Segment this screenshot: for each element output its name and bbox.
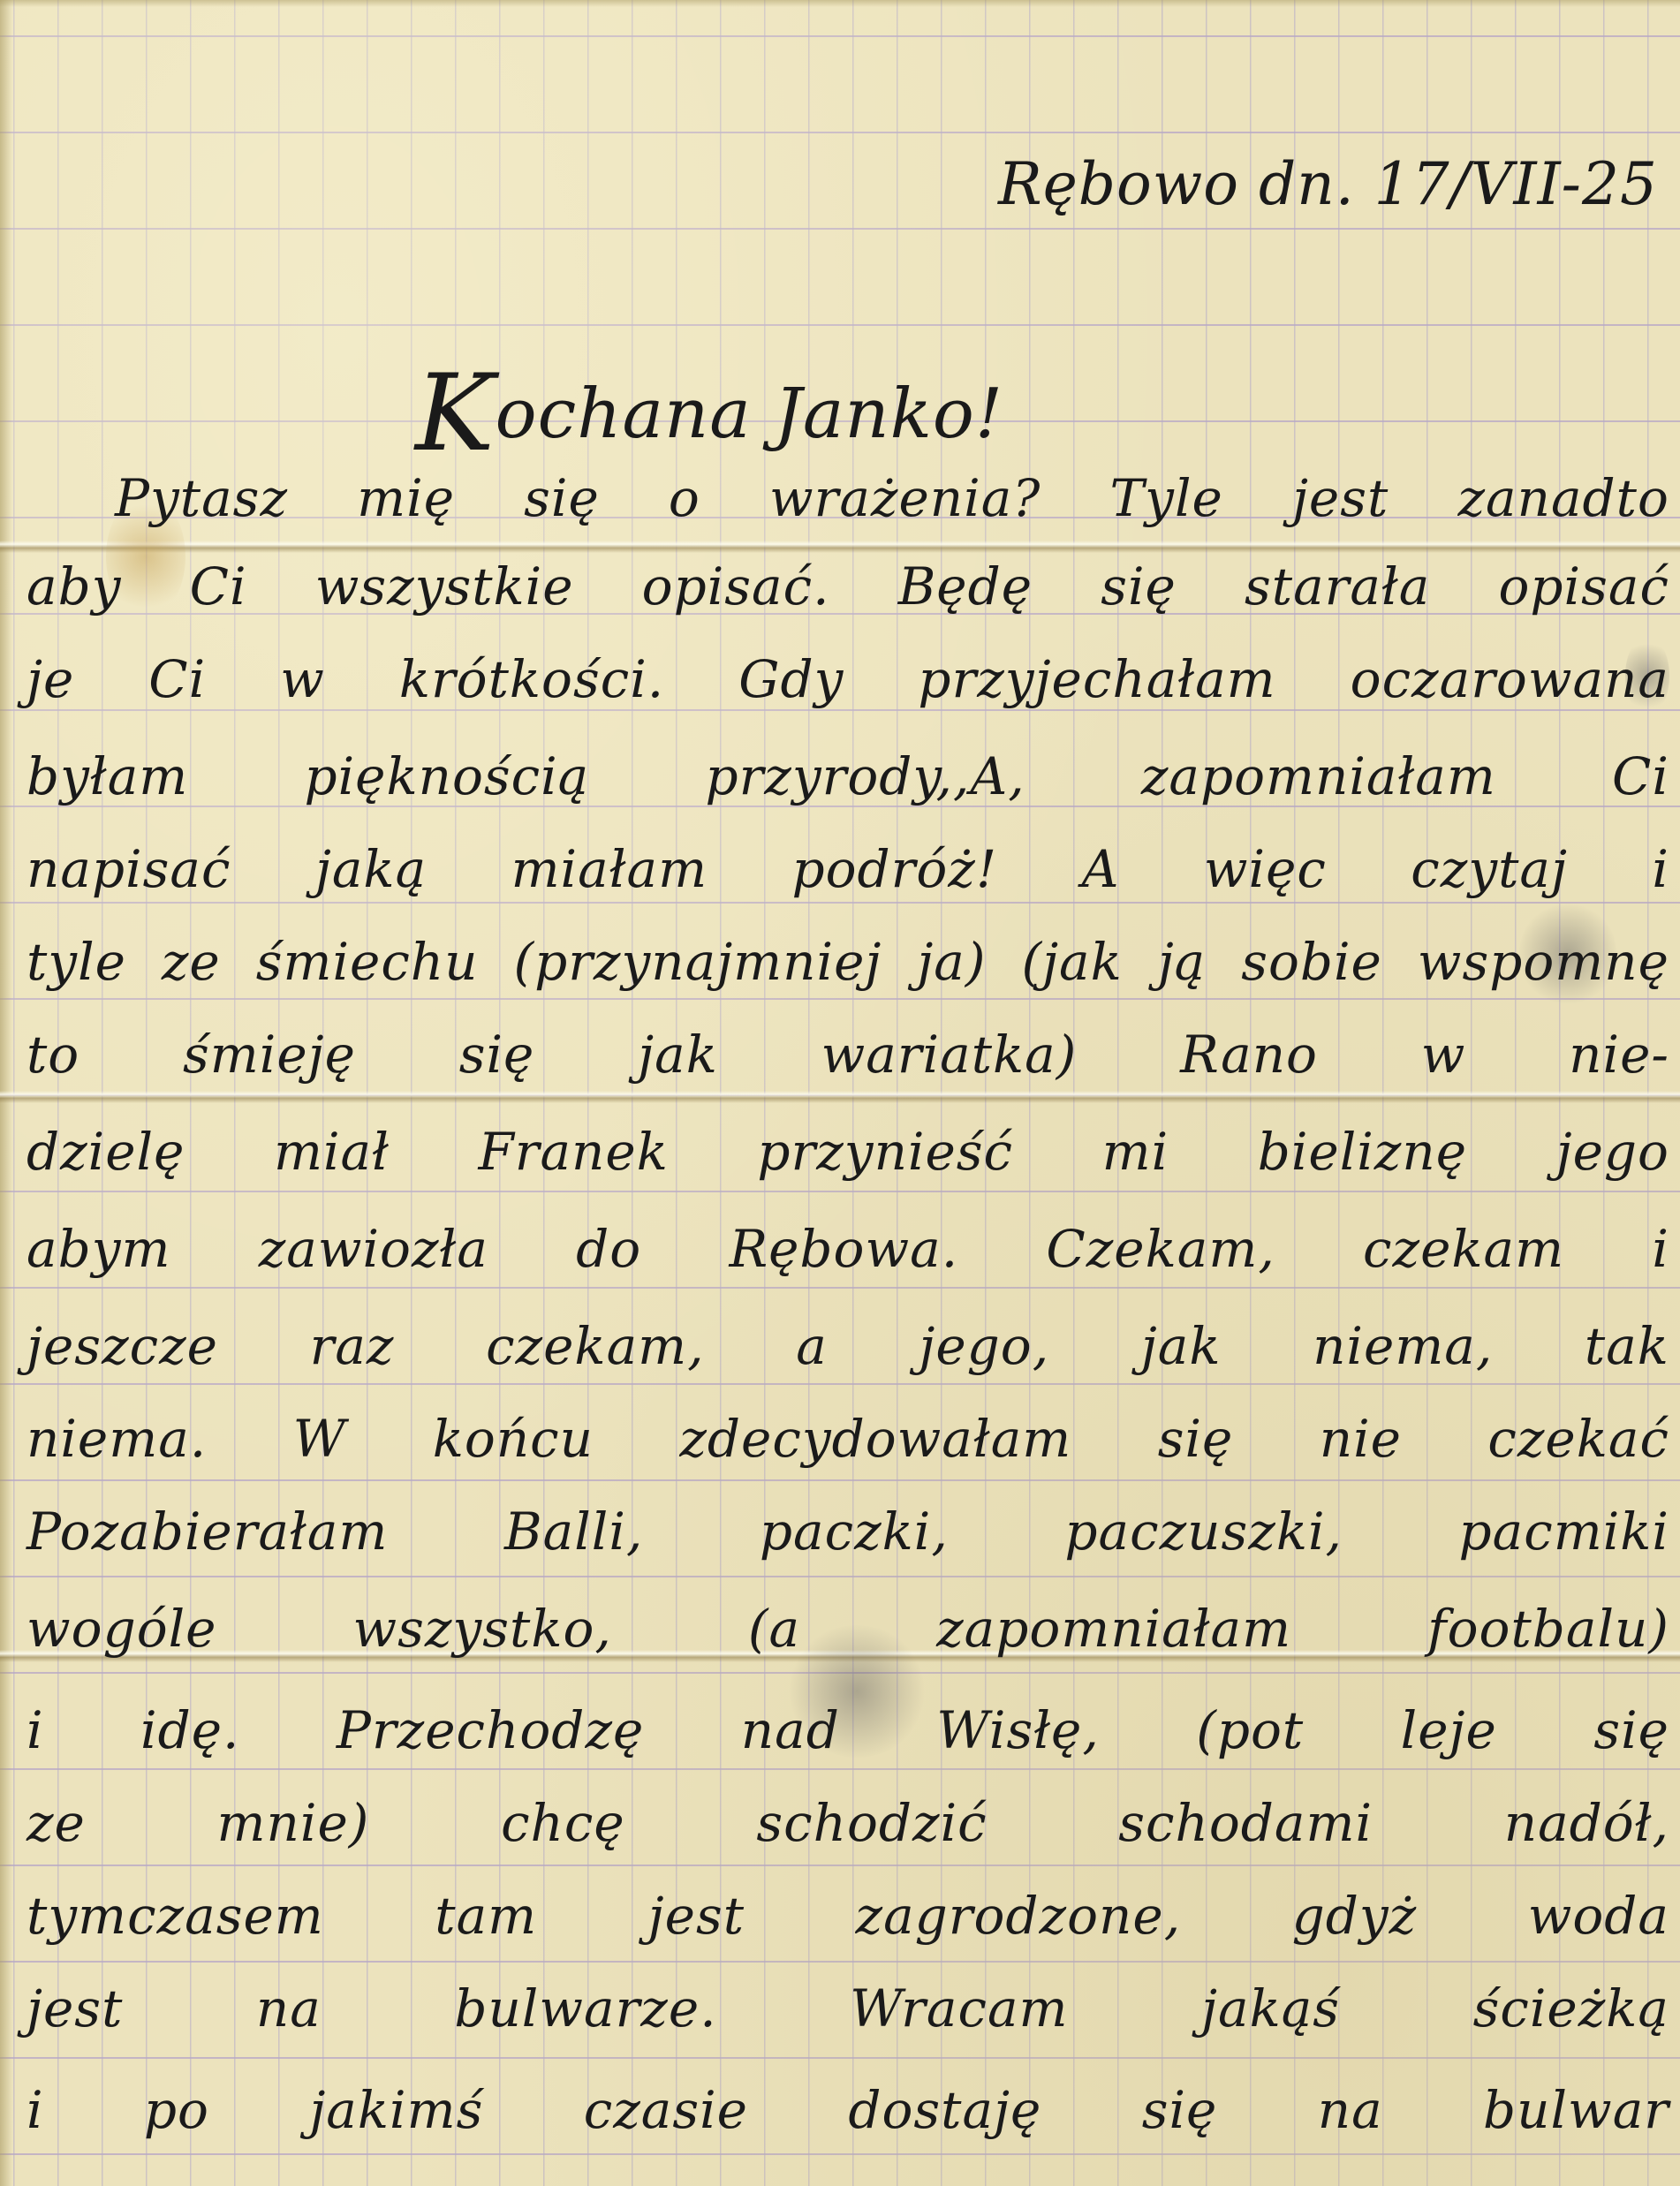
letter-line: zemnie)chcęschodzićschodaminadół, xyxy=(26,1793,1669,1853)
letter-line: dzielęmiałFranekprzynieśćmibieliznęjego xyxy=(26,1122,1669,1182)
letter-word: Przechodzę xyxy=(337,1700,644,1760)
letter-word: się xyxy=(1158,1409,1234,1469)
letter-word: Pozabierałam xyxy=(26,1501,388,1562)
letter-word: krótkości. xyxy=(399,649,664,709)
letter-word: podróż! xyxy=(791,839,997,899)
letter-line: tyleześmiechu(przynajmniejja)(jakjąsobie… xyxy=(26,932,1669,992)
letter-word: (a xyxy=(748,1599,800,1659)
letter-word: opisać xyxy=(1499,556,1669,616)
letter-word: mię xyxy=(357,468,455,528)
letter-line: iidę.PrzechodzęnadWisłę,(potlejesię xyxy=(26,1700,1669,1760)
letter-line: niema.Wkońcuzdecydowałamsięnieczekać xyxy=(26,1409,1669,1469)
letter-word: się xyxy=(459,1025,535,1085)
letter-line: byłampięknościąprzyrody,,A,zapomniałamCi xyxy=(26,746,1669,806)
letter-word: starała xyxy=(1245,556,1430,616)
letter-word: jego xyxy=(1556,1122,1669,1182)
letter-word: mi xyxy=(1102,1122,1169,1182)
letter-word: zagrodzone, xyxy=(856,1886,1182,1946)
letter-word: Franek xyxy=(478,1122,668,1182)
letter-word: przynieść xyxy=(757,1122,1013,1182)
paper-edge-top xyxy=(0,0,1680,7)
letter-line: ipojakimśczasiedostajęsięnabulwar xyxy=(26,2080,1669,2140)
letter-word: sobie xyxy=(1241,932,1382,992)
letter-word: śmiechu xyxy=(256,932,479,992)
letter-word: jakąś xyxy=(1201,1978,1340,2039)
letter-word: ze xyxy=(162,932,221,992)
fold-crease xyxy=(0,541,1680,553)
letter-word: jest xyxy=(26,1978,123,2039)
letter-word: jest xyxy=(1292,468,1389,528)
letter-word: abym xyxy=(26,1219,170,1279)
letter-word: A xyxy=(1082,839,1120,899)
letter-word: jak xyxy=(1141,1316,1222,1376)
letter-word: wszystkie xyxy=(315,556,574,616)
letter-word: ze xyxy=(26,1793,86,1853)
letter-word: leje xyxy=(1401,1700,1497,1760)
letter-word: się xyxy=(1142,2080,1218,2140)
letter-word: na xyxy=(1318,2080,1383,2140)
letter-line: abymzawiozładoRębowa.Czekam,czekami xyxy=(26,1219,1669,1279)
letter-line: tośmiejęsięjakwariatka)Ranownie- xyxy=(26,1025,1669,1085)
greeting-initial: K xyxy=(415,352,496,475)
letter-word: dzielę xyxy=(26,1122,185,1182)
letter-line: tymczasemtamjestzagrodzone,gdyżwoda xyxy=(26,1886,1669,1946)
letter-word: czekać xyxy=(1487,1409,1669,1469)
letter-line: jeszczerazczekam,ajego,jakniema,tak xyxy=(26,1316,1669,1376)
letter-word: (jak xyxy=(1021,932,1122,992)
letter-word: byłam xyxy=(26,746,188,806)
letter-word: niema. xyxy=(26,1409,207,1469)
letter-line: jeCiwkrótkości.Gdyprzyjechałamoczarowana xyxy=(26,649,1669,709)
letter-word: końcu xyxy=(433,1409,594,1469)
letter-word: schodami xyxy=(1118,1793,1373,1853)
letter-word: czasie xyxy=(584,2080,748,2140)
letter-word: Ci xyxy=(148,649,206,709)
letter-word: więc xyxy=(1204,839,1327,899)
place-date: Rębowo dn. 17/VII-25 r. xyxy=(998,150,1680,218)
letter-word: napisać xyxy=(26,839,231,899)
letter-line: wogólewszystko,(azapomniałamfootbalu) xyxy=(26,1599,1669,1659)
letter-word: o xyxy=(669,468,700,528)
letter-word: czekam xyxy=(1363,1219,1564,1279)
letter-word: w xyxy=(280,649,325,709)
letter-line: napisaćjakąmiałampodróż!Awięcczytaji xyxy=(26,839,1669,899)
letter-word: pięknością xyxy=(304,746,589,806)
letter-word: (pot xyxy=(1196,1700,1304,1760)
letter-word: śmieję xyxy=(183,1025,356,1085)
letter-word: chcę xyxy=(501,1793,625,1853)
letter-word: gdyż xyxy=(1292,1886,1418,1946)
letter-word: idę. xyxy=(140,1700,239,1760)
letter-word: po xyxy=(144,2080,209,2140)
letter-word: to xyxy=(26,1025,79,1085)
letter-word: tymczasem xyxy=(26,1886,324,1946)
letter-word: jego, xyxy=(919,1316,1049,1376)
letter-word: Ci xyxy=(1612,746,1669,806)
letter-word: Rano xyxy=(1180,1025,1318,1085)
letter-word: do xyxy=(576,1219,641,1279)
letter-word: wszystko, xyxy=(353,1599,612,1659)
letter-word: ja) xyxy=(917,932,986,992)
letter-word: Wisłę, xyxy=(936,1700,1099,1760)
letter-page: Rębowo dn. 17/VII-25 r. Kochana Janko! P… xyxy=(0,0,1680,2186)
letter-word: schodzić xyxy=(756,1793,987,1853)
letter-word: zapomniałam xyxy=(936,1599,1291,1659)
letter-word: Pytasz xyxy=(115,468,288,528)
letter-word: jaką xyxy=(315,839,427,899)
letter-word: na xyxy=(256,1978,322,2039)
letter-word: wrażenia? xyxy=(769,468,1041,528)
letter-word: opisać. xyxy=(642,556,830,616)
letter-word: niema, xyxy=(1313,1316,1493,1376)
letter-word: bulwarze. xyxy=(454,1978,716,2039)
letter-word: miałam xyxy=(511,839,708,899)
letter-word: wspomnę xyxy=(1418,932,1669,992)
letter-word: footbalu) xyxy=(1427,1599,1669,1659)
letter-word: i xyxy=(26,2080,44,2140)
letter-line: jestnabulwarze.Wracamjakąśścieżką xyxy=(26,1978,1669,2039)
letter-word: oczarowana xyxy=(1351,649,1669,709)
letter-word: jest xyxy=(648,1886,745,1946)
letter-word: nie xyxy=(1320,1409,1402,1469)
letter-word: tak xyxy=(1585,1316,1669,1376)
letter-word: w xyxy=(1421,1025,1466,1085)
letter-line: abyCiwszystkieopisać.Będęsięstarałaopisa… xyxy=(26,556,1669,616)
letter-word: tyle xyxy=(26,932,126,992)
fold-crease xyxy=(0,1091,1680,1103)
letter-word: zdecydowałam xyxy=(679,1409,1071,1469)
letter-word: czekam, xyxy=(486,1316,705,1376)
letter-word: je xyxy=(26,649,74,709)
letter-word: i xyxy=(1652,839,1669,899)
letter-word: Wracam xyxy=(850,1978,1068,2039)
letter-word: Balli, xyxy=(504,1501,643,1562)
letter-line: Pytaszmięsięowrażenia?Tylejestzanadto xyxy=(115,468,1669,528)
greeting-text: ochana Janko! xyxy=(496,374,1004,454)
letter-word: Rębowa. xyxy=(729,1219,958,1279)
letter-word: jeszcze xyxy=(26,1316,218,1376)
letter-word: dostaję xyxy=(848,2080,1041,2140)
letter-word: nie- xyxy=(1569,1025,1669,1085)
letter-word: się xyxy=(524,468,600,528)
letter-word: ścieżką xyxy=(1473,1978,1669,2039)
letter-word: raz xyxy=(310,1316,395,1376)
greeting: Kochana Janko! xyxy=(415,340,1003,463)
letter-word: wariatka) xyxy=(821,1025,1078,1085)
letter-word: mnie) xyxy=(217,1793,370,1853)
letter-word: W xyxy=(293,1409,347,1469)
letter-word: zapomniałam xyxy=(1141,746,1496,806)
letter-word: ją xyxy=(1158,932,1207,992)
letter-word: i xyxy=(1652,1219,1669,1279)
letter-word: wogóle xyxy=(26,1599,217,1659)
letter-word: (przynajmniej xyxy=(513,932,882,992)
letter-word: pacmiki xyxy=(1459,1501,1669,1562)
letter-word: się xyxy=(1593,1700,1669,1760)
letter-word: zawiozła xyxy=(259,1219,488,1279)
letter-word: Czekam, xyxy=(1046,1219,1275,1279)
letter-word: Ci xyxy=(190,556,247,616)
letter-word: paczuszki, xyxy=(1064,1501,1343,1562)
letter-word: czytaj xyxy=(1411,839,1568,899)
letter-word: miał xyxy=(274,1122,390,1182)
letter-word: tam xyxy=(435,1886,537,1946)
letter-word: przyrody,,A, xyxy=(705,746,1025,806)
letter-word: nad xyxy=(741,1700,840,1760)
letter-word: nadół, xyxy=(1504,1793,1669,1853)
letter-word: Gdy xyxy=(738,649,844,709)
letter-word: i xyxy=(26,1700,44,1760)
letter-word: bulwar xyxy=(1483,2080,1669,2140)
letter-word: paczki, xyxy=(760,1501,949,1562)
letter-line: PozabierałamBalli,paczki,paczuszki,pacmi… xyxy=(26,1501,1669,1562)
letter-word: przyjechałam xyxy=(918,649,1275,709)
letter-word: jak xyxy=(638,1025,718,1085)
letter-word: zanadto xyxy=(1457,468,1669,528)
letter-word: bieliznę xyxy=(1258,1122,1467,1182)
letter-word: jakimś xyxy=(309,2080,483,2140)
letter-word: a xyxy=(796,1316,828,1376)
letter-word: woda xyxy=(1528,1886,1669,1946)
letter-word: się xyxy=(1101,556,1177,616)
letter-word: Tyle xyxy=(1110,468,1223,528)
letter-word: Będę xyxy=(898,556,1033,616)
letter-word: aby xyxy=(26,556,121,616)
